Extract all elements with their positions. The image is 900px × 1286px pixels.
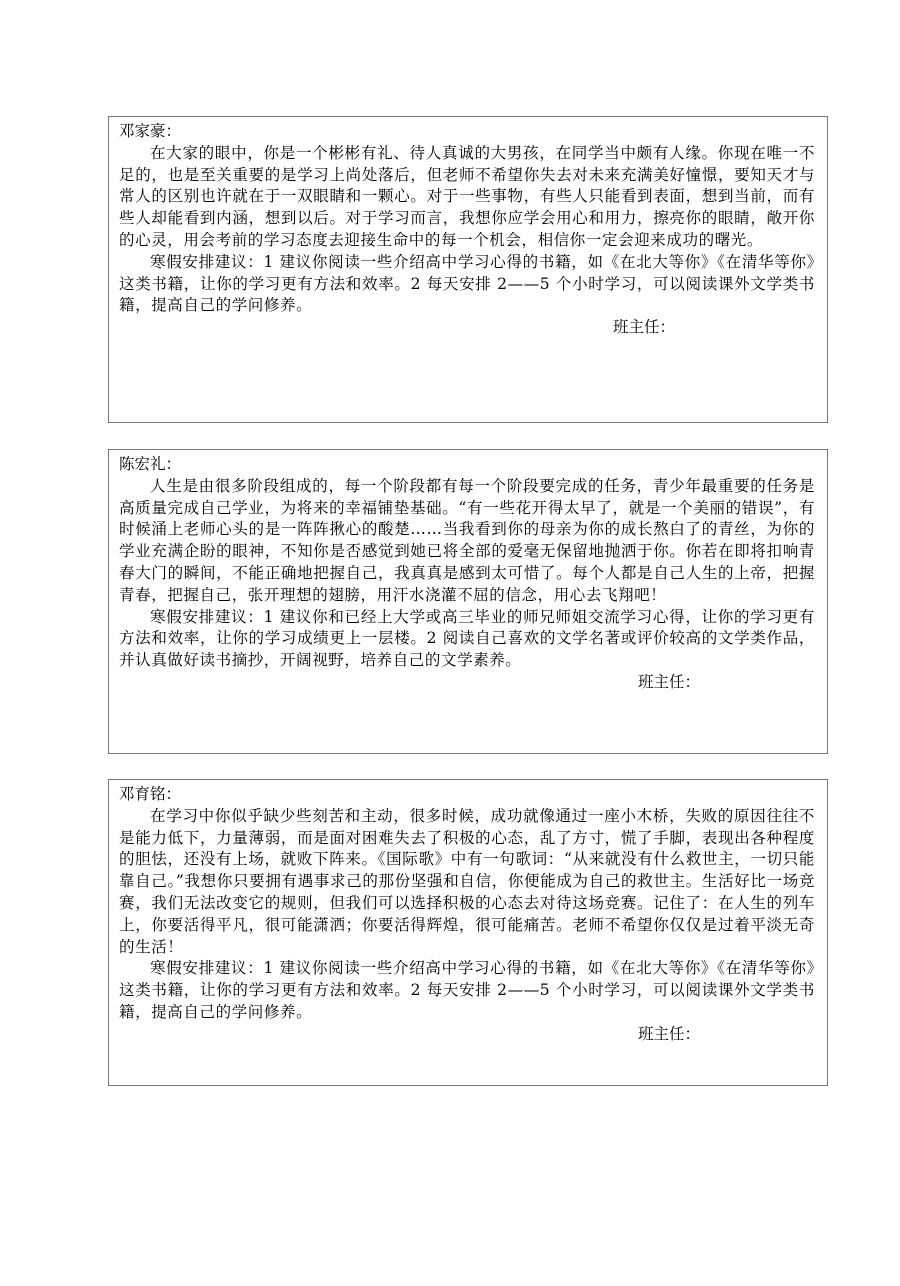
- student-name: 邓育铭：: [119, 784, 815, 806]
- teacher-comment: 在大家的眼中，你是一个彬彬有礼、待人真诚的大男孩，在同学当中颇有人缘。你现在唯一…: [119, 143, 815, 252]
- signature-label: 班主任：: [119, 317, 815, 339]
- holiday-advice: 寒假安排建议：1 建议你阅读一些介绍高中学习心得的书籍，如《在北大等你》《在清华…: [119, 252, 815, 317]
- signature-label: 班主任：: [119, 1024, 815, 1046]
- comment-box-2: 陈宏礼： 人生是由很多阶段组成的，每一个阶段都有每一个阶段要完成的任务，青少年最…: [108, 449, 828, 754]
- holiday-advice: 寒假安排建议：1 建议你和已经上大学或高三毕业的师兄师姐交流学习心得，让你的学习…: [119, 607, 815, 672]
- holiday-advice: 寒假安排建议：1 建议你阅读一些介绍高中学习心得的书籍，如《在北大等你》《在清华…: [119, 958, 815, 1023]
- comment-box-3: 邓育铭： 在学习中你似乎缺少些刻苦和主动，很多时候，成功就像通过一座小木桥，失败…: [108, 779, 828, 1086]
- signature-label: 班主任：: [119, 672, 815, 694]
- teacher-comment: 在学习中你似乎缺少些刻苦和主动，很多时候，成功就像通过一座小木桥，失败的原因往往…: [119, 806, 815, 959]
- teacher-comment: 人生是由很多阶段组成的，每一个阶段都有每一个阶段要完成的任务，青少年最重要的任务…: [119, 476, 815, 607]
- student-name: 邓家豪：: [119, 121, 815, 143]
- comment-box-1: 邓家豪： 在大家的眼中，你是一个彬彬有礼、待人真诚的大男孩，在同学当中颇有人缘。…: [108, 116, 828, 423]
- student-name: 陈宏礼：: [119, 454, 815, 476]
